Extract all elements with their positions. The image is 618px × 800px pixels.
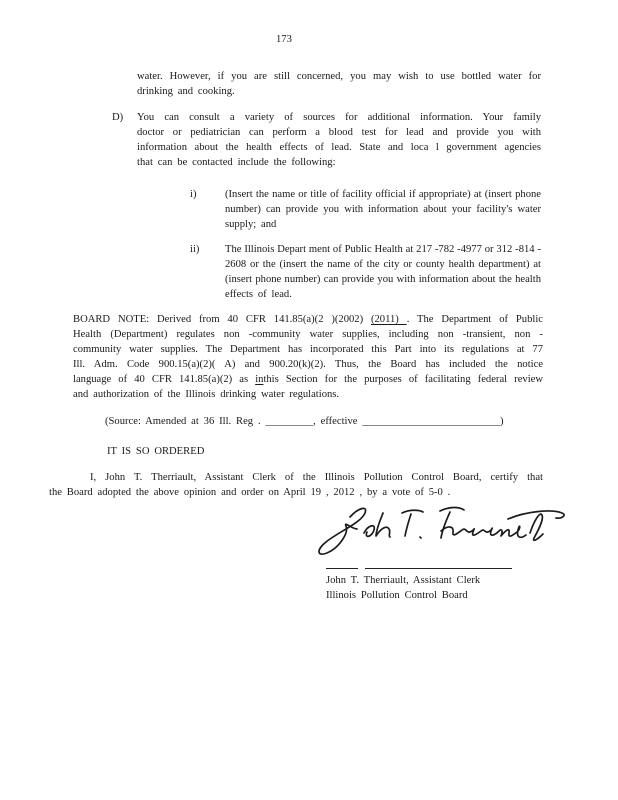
text-line: BOARD NOTE: Derived from 40 CFR 141.85(a…	[73, 312, 543, 327]
handwritten-signature-icon	[310, 504, 570, 560]
signature-line	[326, 568, 586, 572]
list-item-i: i) (Insert the name or title of facility…	[0, 187, 618, 232]
source-line: (Source: Amended at 36 Ill. Reg . ______…	[105, 414, 504, 429]
order-statement: IT IS SO ORDERED	[107, 444, 204, 459]
text-line: The Illinois Depart ment of Public Healt…	[225, 242, 541, 257]
intro-paragraph: water. However, if you are still concern…	[137, 69, 541, 99]
signer-name: John T. Therriault, Assistant Clerk	[326, 573, 480, 588]
text-line: language of 40 CFR 141.85(a)(2) as inthi…	[73, 372, 543, 387]
text-line: I, John T. Therriault, Assistant Clerk o…	[49, 470, 543, 485]
list-item-ii-label: ii)	[190, 242, 199, 257]
text-line: supply; and	[225, 217, 541, 232]
signer-organization: Illinois Pollution Control Board	[326, 588, 468, 603]
board-note-paragraph: BOARD NOTE: Derived from 40 CFR 141.85(a…	[73, 312, 543, 402]
certification-paragraph: I, John T. Therriault, Assistant Clerk o…	[49, 470, 543, 500]
text-line: You can consult a variety of sources for…	[137, 110, 541, 125]
page-number: 173	[276, 32, 292, 47]
text-line: (insert phone number) can provide you wi…	[225, 272, 541, 287]
signature-image	[310, 504, 570, 560]
text-line: the Board adopted the above opinion and …	[49, 485, 543, 500]
text-line: drinking and cooking.	[137, 84, 541, 99]
list-item-d-label: D)	[112, 110, 123, 125]
list-item-d-text: You can consult a variety of sources for…	[137, 110, 541, 170]
list-item-i-text: (Insert the name or title of facility of…	[225, 187, 541, 232]
list-item-i-label: i)	[190, 187, 196, 202]
signature-line-long-segment	[365, 568, 512, 569]
document-page: 173 water. However, if you are still con…	[0, 0, 618, 800]
text-line: water. However, if you are still concern…	[137, 69, 541, 84]
text-line: Health (Department) regulates non -commu…	[73, 327, 543, 342]
text-line: Ill. Adm. Code 900.15(a)(2)( A) and 900.…	[73, 357, 543, 372]
text-line: effects of lead.	[225, 287, 541, 302]
list-item-d: D) You can consult a variety of sources …	[0, 110, 618, 170]
list-item-ii-text: The Illinois Depart ment of Public Healt…	[225, 242, 541, 302]
text-line: (Insert the name or title of facility of…	[225, 187, 541, 202]
text-line: community water supplies. The Department…	[73, 342, 543, 357]
signature-line-short-segment	[326, 568, 358, 569]
text-line: that can be contacted include the follow…	[137, 155, 541, 170]
text-line: information about the health effects of …	[137, 140, 541, 155]
text-line: doctor or pediatrician can perform a blo…	[137, 125, 541, 140]
text-line: number) can provide you with information…	[225, 202, 541, 217]
text-line: and authorization of the Illinois drinki…	[73, 387, 543, 402]
list-item-ii: ii) The Illinois Depart ment of Public H…	[0, 242, 618, 302]
text-line: 2608 or the (insert the name of the city…	[225, 257, 541, 272]
